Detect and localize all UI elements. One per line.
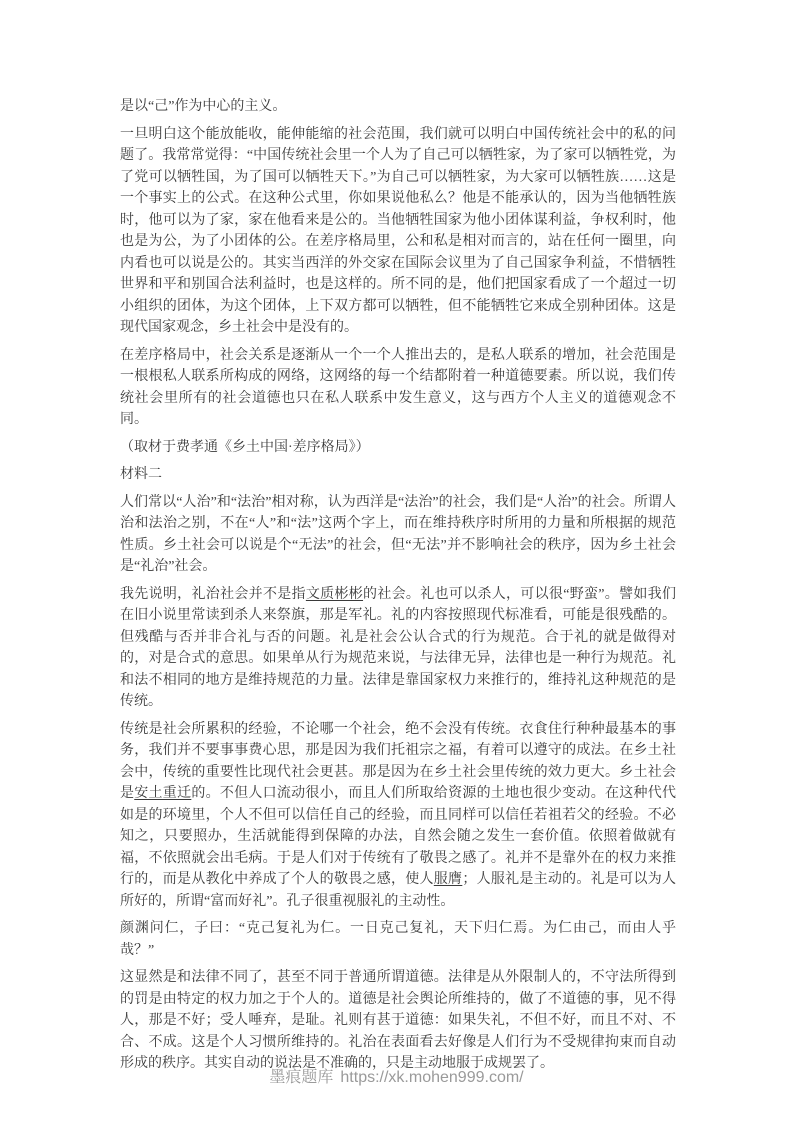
text-run: 一旦明白这个能放能收，能伸能缩的社会范围，我们就可以明白中国传统社会中的私的问题…	[120, 127, 676, 336]
paragraph-rule-of-li: 人们常以“人治”和“法治”相对称，认为西洋是“法治”的社会，我们是“人治”的社会…	[120, 492, 676, 578]
underlined-term: 文质彬彬	[306, 587, 363, 602]
paragraph-li-vs-law: 这显然是和法律不同了，甚至不同于普通所谓道德。法律是从外限制人的，不守法所得到的…	[120, 967, 676, 1075]
document-body: 是以“己”作为中心的主义。一旦明白这个能放能收，能伸能缩的社会范围，我们就可以明…	[120, 96, 676, 1081]
paragraph-tradition: 传统是社会所累积的经验，不论哪一个社会，绝不会没有传统。衣食住行种种最基本的事务…	[120, 719, 676, 913]
text-run: 在差序格局中，社会关系是逐渐从一个一个人推出去的，是私人联系的增加，社会范围是一…	[120, 348, 676, 428]
paragraph-moral-network: 在差序格局中，社会关系是逐渐从一个一个人推出去的，是私人联系的增加，社会范围是一…	[120, 345, 676, 431]
source-attribution: （取材于费孝通《乡土中国·差序格局》）	[120, 437, 676, 459]
text-run: 人们常以“人治”和“法治”相对称，认为西洋是“法治”的社会，我们是“人治”的社会…	[120, 495, 676, 575]
text-run: 颜渊问仁，子曰：“克己复礼为仁。一日克己复礼，天下归仁焉。为仁由己，而由人乎哉？…	[120, 921, 676, 958]
paragraph-analects-quote: 颜渊问仁，子曰：“克己复礼为仁。一日克己复礼，天下归仁焉。为仁由己，而由人乎哉？…	[120, 918, 676, 961]
continued-paragraph: 是以“己”作为中心的主义。	[120, 96, 676, 118]
text-run: 的社会。礼也可以杀人，可以很“野蛮”。譬如我们在旧小说里常读到杀人来祭旗，那是军…	[120, 587, 676, 710]
underlined-term: 服膺	[434, 872, 463, 887]
text-run: 我先说明，礼治社会并不是指	[120, 587, 306, 602]
text-run: 是以“己”作为中心的主义。	[120, 99, 286, 114]
paragraph-li-explained: 我先说明，礼治社会并不是指文质彬彬的社会。礼也可以杀人，可以很“野蛮”。譬如我们…	[120, 584, 676, 713]
watermark-url: https://xk.mohen999.com/	[340, 1069, 523, 1086]
material-two-heading: 材料二	[120, 464, 676, 486]
watermark-site-name: 墨痕题库	[269, 1069, 333, 1086]
paragraph-public-private: 一旦明白这个能放能收，能伸能缩的社会范围，我们就可以明白中国传统社会中的私的问题…	[120, 124, 676, 339]
text-run: 这显然是和法律不同了，甚至不同于普通所谓道德。法律是从外限制人的，不守法所得到的…	[120, 970, 676, 1071]
text-run: （取材于费孝通《乡土中国·差序格局》）	[120, 440, 370, 455]
watermark-footer: 墨痕题库https://xk.mohen999.com/	[0, 1067, 793, 1089]
text-run: 材料二	[120, 467, 162, 482]
underlined-term: 安土重迁	[134, 786, 191, 801]
